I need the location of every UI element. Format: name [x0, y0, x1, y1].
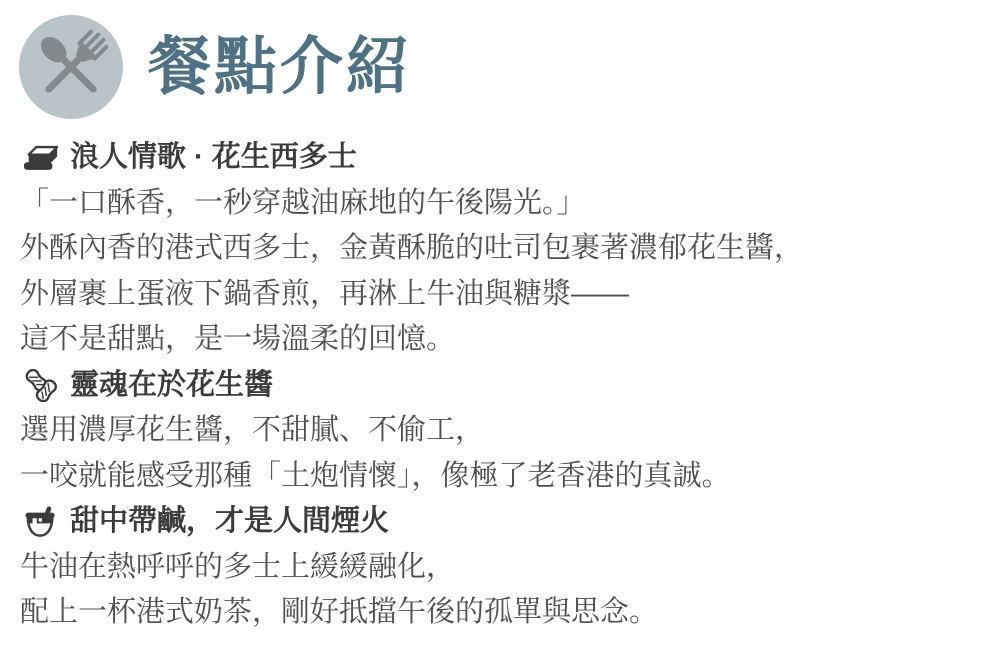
section-heading-text: 甜中帶鹹，才是人間煙火 — [70, 507, 389, 536]
section-heading-text: 浪人情歌 · 花生西多士 — [70, 143, 357, 172]
description-line: 選用濃厚花生醬，不甜膩、不偷工， — [20, 408, 1000, 454]
section-heading: 靈魂在於花生醬 — [20, 363, 1000, 409]
description-line: 牛油在熱呼呼的多士上緩緩融化， — [20, 545, 1000, 591]
butter-jar-icon — [22, 505, 60, 539]
menu-description: 浪人情歌 · 花生西多士 「一口酥香，一秒穿越油麻地的午後陽光。」 外酥內香的港… — [0, 135, 1000, 636]
section-heading: 甜中帶鹹，才是人間煙火 — [20, 499, 1000, 545]
section-heading: 浪人情歌 · 花生西多士 — [20, 135, 1000, 181]
menu-section-toast: 浪人情歌 · 花生西多士 「一口酥香，一秒穿越油麻地的午後陽光。」 外酥內香的港… — [20, 135, 1000, 363]
description-line: 配上一杯港式奶茶，剛好抵擋午後的孤單與思念。 — [20, 590, 1000, 636]
description-line: 外層裹上蛋液下鍋香煎，再淋上牛油與糖漿—— — [20, 272, 1000, 318]
description-line: 「一口酥香，一秒穿越油麻地的午後陽光。」 — [20, 181, 1000, 227]
description-line: 這不是甜點，是一場溫柔的回憶。 — [20, 317, 1000, 363]
section-heading-text: 靈魂在於花生醬 — [70, 371, 273, 400]
description-line: 一咬就能感受那種「土炮情懷」，像極了老香港的真誠。 — [20, 454, 1000, 500]
menu-section-peanut-butter: 靈魂在於花生醬 選用濃厚花生醬，不甜膩、不偷工， 一咬就能感受那種「土炮情懷」，… — [20, 363, 1000, 500]
description-line: 外酥內香的港式西多士，金黃酥脆的吐司包裹著濃郁花生醬， — [20, 226, 1000, 272]
butter-block-icon — [22, 141, 60, 175]
menu-introduction-page: 餐點介紹 浪人情歌 · 花生西多士 「一口酥香，一秒穿越油麻地的午後陽光。」 外… — [0, 0, 1000, 663]
menu-section-sweet-salty: 甜中帶鹹，才是人間煙火 牛油在熱呼呼的多士上緩緩融化， 配上一杯港式奶茶，剛好抵… — [20, 499, 1000, 636]
page-header: 餐點介紹 — [0, 0, 1000, 120]
peanuts-icon — [22, 368, 60, 402]
page-title: 餐點介紹 — [148, 36, 412, 99]
crossed-spoon-fork-icon — [18, 14, 124, 120]
